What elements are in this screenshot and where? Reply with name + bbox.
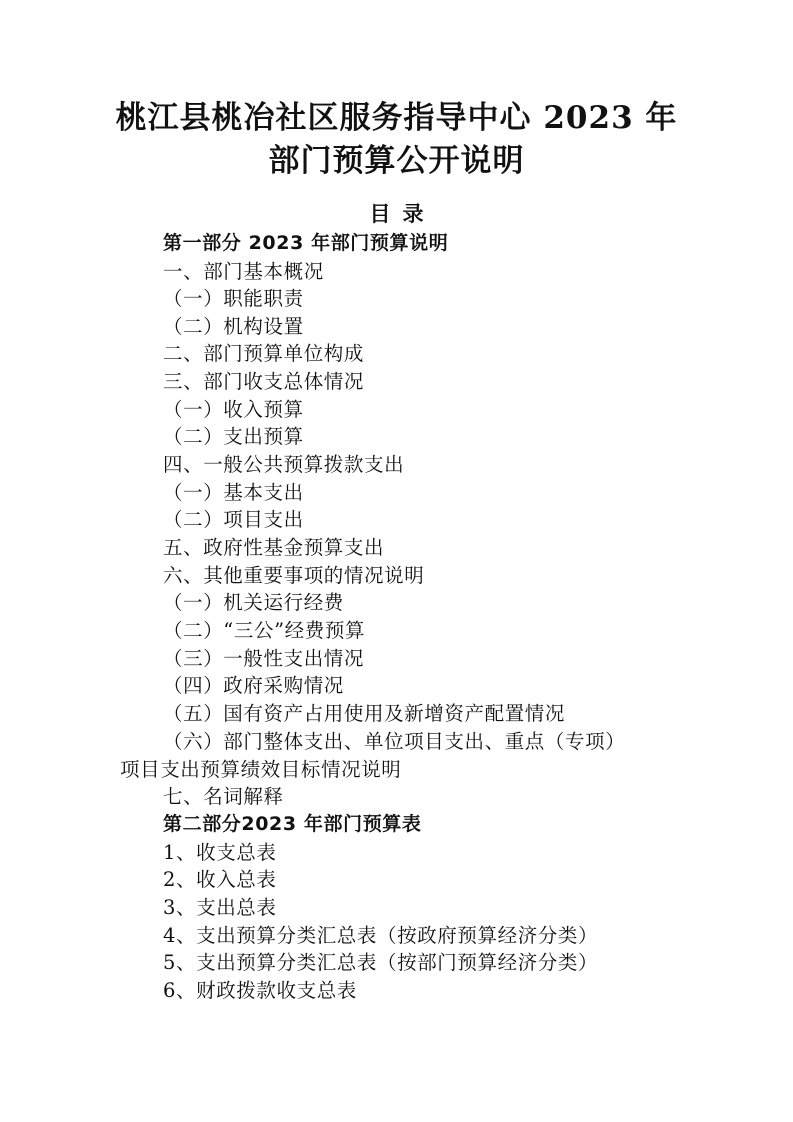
toc-item: 四、一般公共预算拨款支出 <box>163 451 404 478</box>
toc-part1-heading: 第一部分 2023 年部门预算说明 <box>163 230 448 257</box>
toc-item: 三、部门收支总体情况 <box>163 368 364 395</box>
document-title-line-2: 部门预算公开说明 <box>0 141 793 181</box>
toc-table-item: 5、支出预算分类汇总表（按部门预算经济分类） <box>163 949 598 976</box>
toc-table-item: 6、财政拨款收支总表 <box>163 977 357 1004</box>
toc-item: （五）国有资产占用使用及新增资产配置情况 <box>163 700 565 727</box>
toc-table-item: 4、支出预算分类汇总表（按政府预算经济分类） <box>163 922 598 949</box>
toc-item: 二、部门预算单位构成 <box>163 340 364 367</box>
toc-item: （六）部门整体支出、单位项目支出、重点（专项） <box>163 728 625 755</box>
toc-table-item: 3、支出总表 <box>163 894 277 921</box>
toc-item: （一）收入预算 <box>163 396 304 423</box>
toc-item: （二）机构设置 <box>163 313 304 340</box>
toc-table-item: 2、收入总表 <box>163 866 277 893</box>
toc-item: （一）职能职责 <box>163 285 304 312</box>
toc-item: 一、部门基本概况 <box>163 258 324 285</box>
toc-item: （二）“三公”经费预算 <box>163 617 365 644</box>
toc-item: （一）基本支出 <box>163 479 304 506</box>
toc-part2-heading: 第二部分2023 年部门预算表 <box>163 811 422 838</box>
toc-item: （一）机关运行经费 <box>163 589 344 616</box>
toc-item: 五、政府性基金预算支出 <box>163 534 384 561</box>
document-page: 桃江县桃冶社区服务指导中心 2023 年 部门预算公开说明 目录 第一部分 20… <box>0 0 793 1122</box>
toc-item: （三）一般性支出情况 <box>163 645 364 672</box>
toc-heading: 目录 <box>0 200 793 228</box>
toc-table-item: 1、收支总表 <box>163 839 277 866</box>
document-title-line-1: 桃江县桃冶社区服务指导中心 2023 年 <box>0 98 793 138</box>
toc-item-continuation: 项目支出预算绩效目标情况说明 <box>120 756 401 783</box>
toc-item: （二）项目支出 <box>163 506 304 533</box>
toc-item: 七、名词解释 <box>163 783 284 810</box>
toc-item: （四）政府采购情况 <box>163 672 344 699</box>
toc-item: （二）支出预算 <box>163 423 304 450</box>
toc-item: 六、其他重要事项的情况说明 <box>163 562 424 589</box>
